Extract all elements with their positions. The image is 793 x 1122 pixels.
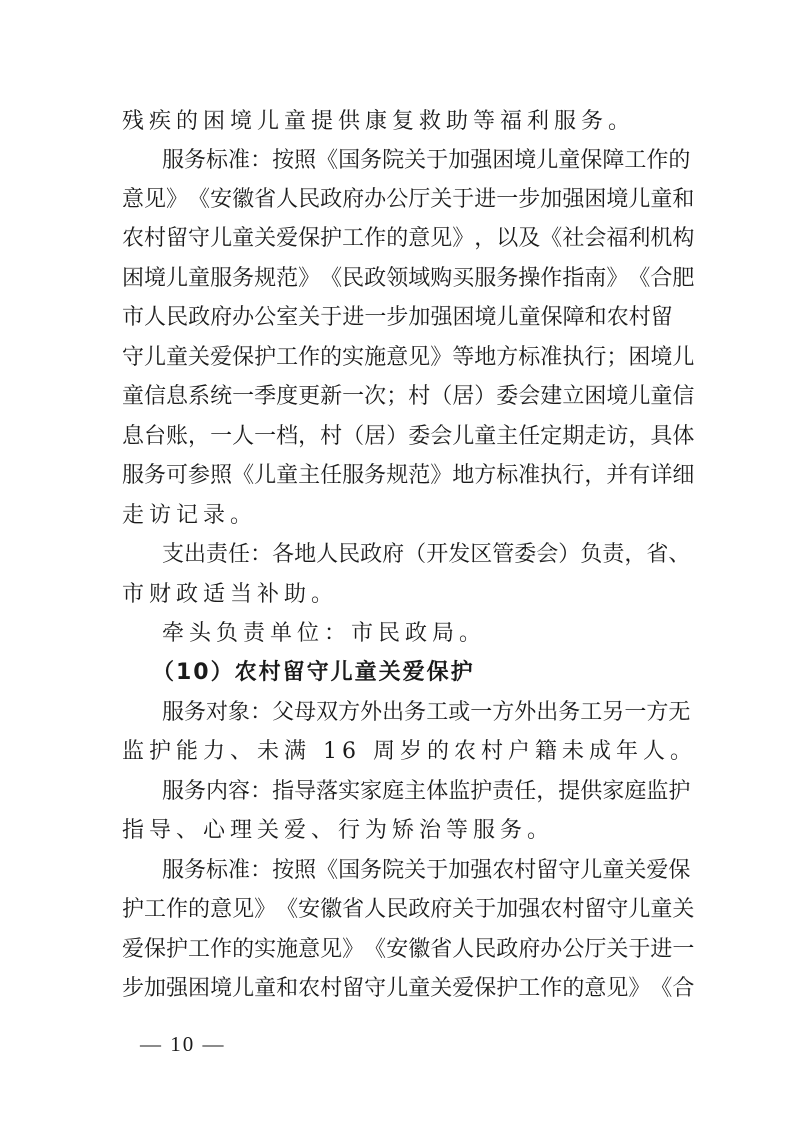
text-line: 服务标准：按照《国务院关于加强农村留守儿童关爱保 [162, 856, 673, 886]
text-line: 牵头负责单位：市民政局。 [162, 619, 486, 649]
text-line: 市人民政府办公室关于进一步加强困境儿童保障和农村留 [122, 303, 673, 333]
text-line: 支出责任：各地人民政府（开发区管委会）负责，省、 [162, 540, 673, 570]
document-page: 残疾的困境儿童提供康复救助等福利服务。 服务标准：按照《国务院关于加强困境儿童保… [0, 0, 793, 1122]
text-line: 市财政适当补助。 [122, 580, 338, 610]
text-line: 农村留守儿童关爱保护工作的意见》，以及《社会福利机构 [122, 224, 673, 254]
text-line: 走访记录。 [122, 501, 257, 531]
text-line: 童信息系统一季度更新一次；村（居）委会建立困境儿童信 [122, 382, 673, 412]
text-line: 服务标准：按照《国务院关于加强困境儿童保障工作的 [162, 146, 673, 176]
page-number: — 10 — [140, 1030, 226, 1058]
text-line: 息台账，一人一档，村（居）委会儿童主任定期走访，具体 [122, 422, 673, 452]
text-line: 护工作的意见》《安徽省人民政府关于加强农村留守儿童关 [122, 895, 673, 925]
section-heading: （10）农村留守儿童关爱保护 [152, 658, 475, 688]
text-line: 服务可参照《儿童主任服务规范》地方标准执行，并有详细 [122, 461, 673, 491]
text-line: 指导、心理关爱、行为矫治等服务。 [122, 816, 554, 846]
text-line: 爱保护工作的实施意见》《安徽省人民政府办公厅关于进一 [122, 935, 673, 965]
text-line: 服务对象：父母双方外出务工或一方外出务工另一方无 [162, 698, 673, 728]
text-line: 残疾的困境儿童提供康复救助等福利服务。 [122, 107, 635, 137]
text-line: 意见》《安徽省人民政府办公厅关于进一步加强困境儿童和 [122, 185, 673, 215]
text-line: 服务内容：指导落实家庭主体监护责任，提供家庭监护 [162, 777, 673, 807]
text-line: 守儿童关爱保护工作的实施意见》等地方标准执行；困境儿 [122, 343, 673, 373]
text-line: 困境儿童服务规范》《民政领域购买服务操作指南》《合肥 [122, 264, 673, 294]
text-line: 监护能力、未满 16 周岁的农村户籍未成年人。 [122, 737, 697, 767]
text-line: 步加强困境儿童和农村留守儿童关爱保护工作的意见》《合 [122, 974, 673, 1004]
